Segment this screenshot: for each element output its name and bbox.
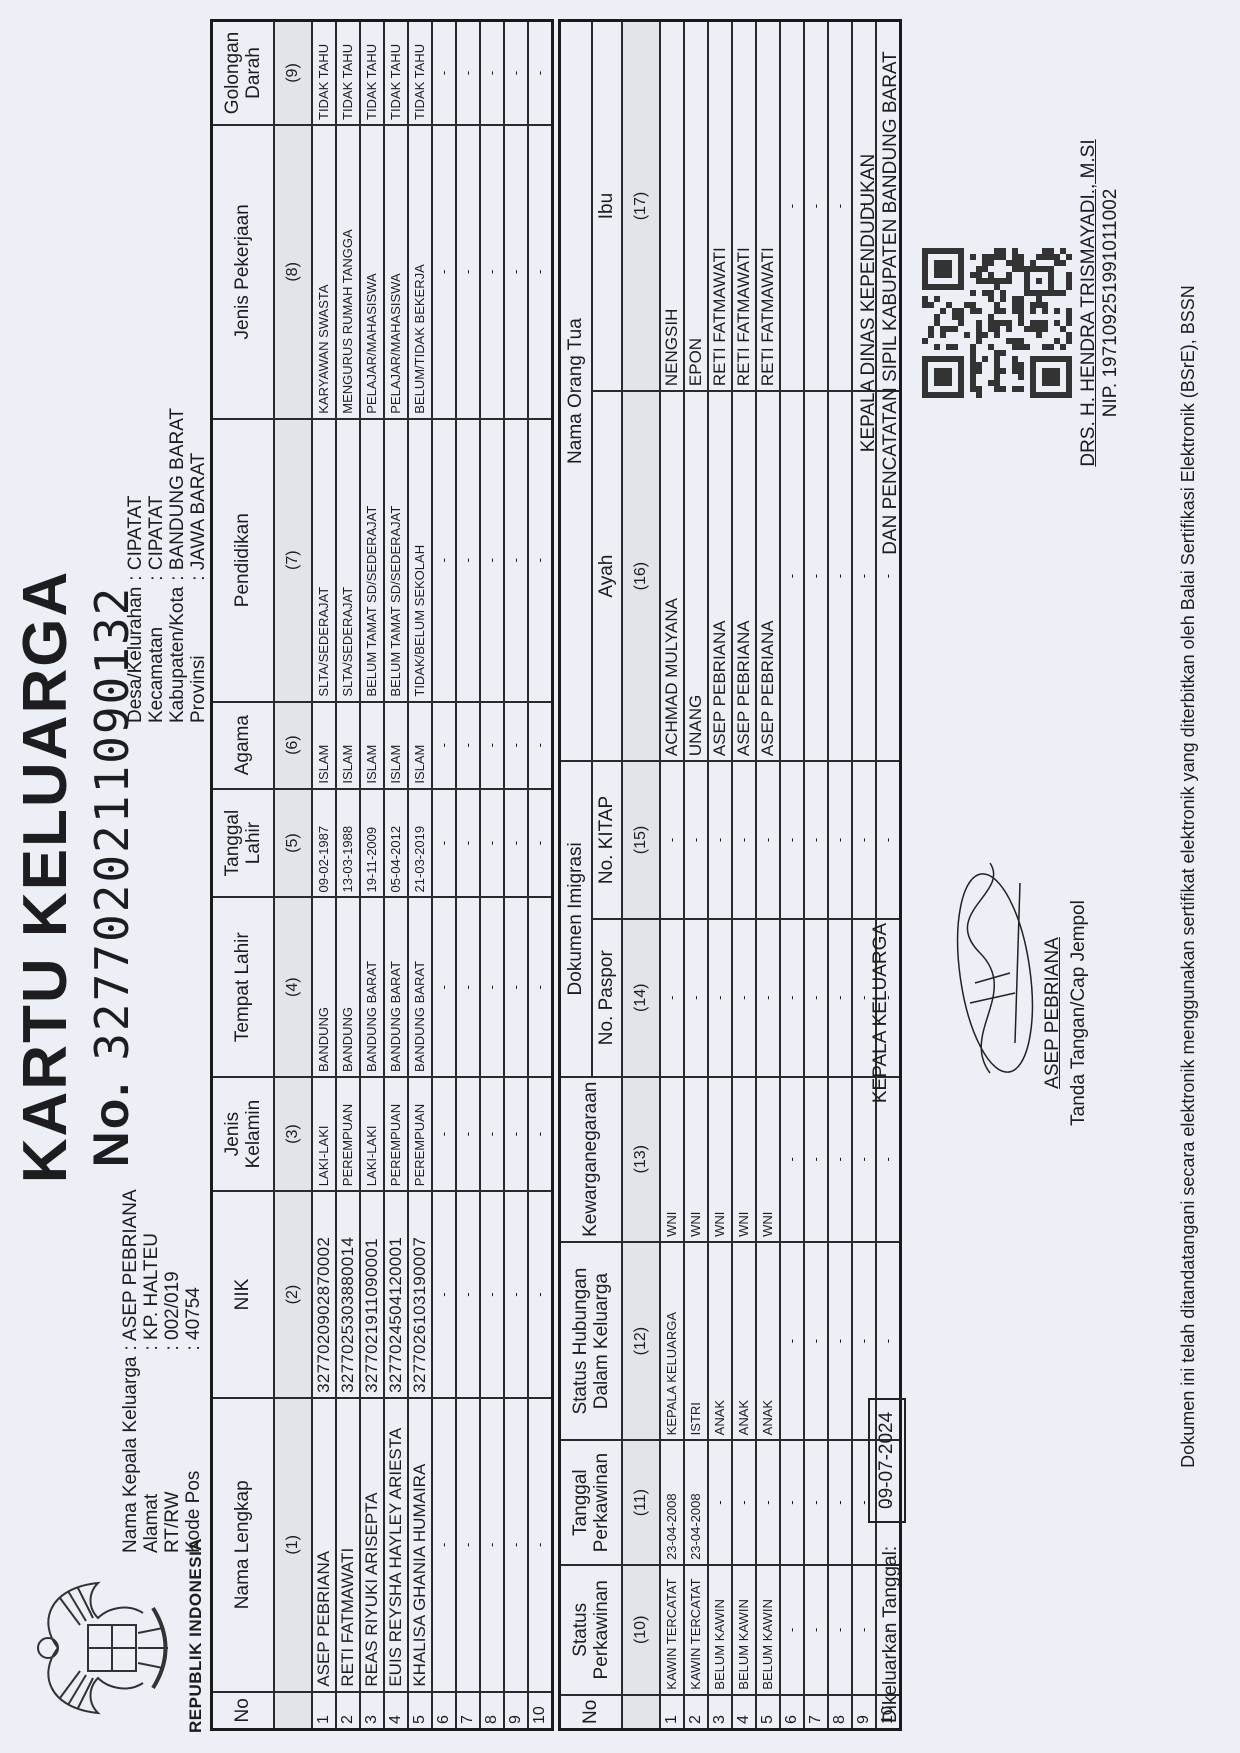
table-cell: RETI FATMAWATI: [732, 21, 756, 392]
table-cell: 23-04-2008: [684, 1440, 708, 1565]
table-cell: PELAJAR/MAHASISWA: [384, 125, 408, 419]
col-header: Golongan Darah: [212, 21, 274, 126]
table-row: 2RETI FATMAWATI3277025303880014PEREMPUAN…: [336, 21, 360, 1730]
field-value: : CIPATAT: [125, 402, 146, 581]
officer-name: DRS. H. HENDRA TRISMAYADI., M.SI: [1078, 43, 1100, 563]
row-number: 9: [504, 1692, 528, 1730]
row-number: 6: [780, 1695, 804, 1730]
table-cell: ASEP PEBRIANA: [708, 391, 732, 761]
table-cell: -: [480, 419, 504, 702]
table-cell: SLTA/SEDERAJAT: [336, 419, 360, 702]
table-cell: -: [456, 702, 480, 789]
table-cell: KAWIN TERCATAT: [660, 1565, 684, 1695]
table-cell: -: [504, 125, 528, 419]
col-number: (14): [622, 919, 660, 1077]
table-cell: EPON: [684, 21, 708, 392]
table-cell: KAWIN TERCATAT: [684, 1565, 708, 1695]
row-number: 5: [756, 1695, 780, 1730]
col-header: Dokumen Imigrasi: [560, 761, 592, 1077]
table-cell: 3277026103190007: [408, 1191, 432, 1398]
table-cell: -: [804, 1565, 828, 1695]
table-row: 3REAS RIYUKI ARISEPTA3277021911090001LAK…: [360, 21, 384, 1730]
table-cell: LAKI-LAKI: [360, 1077, 384, 1191]
table-cell: WNI: [708, 1077, 732, 1242]
col-header: Jenis Pekerjaan: [212, 125, 274, 419]
table-cell: BANDUNG BARAT: [408, 897, 432, 1077]
col-subheader: No. KITAP: [592, 761, 622, 919]
table-cell: PEREMPUAN: [408, 1077, 432, 1191]
col-header: Agama: [212, 702, 274, 789]
table-cell: TIDAK TAHU: [312, 21, 336, 126]
field-label: Kabupaten/Kota: [167, 581, 188, 723]
table-cell: 3277021911090001: [360, 1191, 384, 1398]
table-cell: -: [732, 919, 756, 1077]
table-cell: -: [504, 419, 528, 702]
table-cell: MENGURUS RUMAH TANGGA: [336, 125, 360, 419]
table-cell: -: [780, 761, 804, 919]
household-info-right: Desa/Kelurahan: CIPATAT Kecamatan: CIPAT…: [125, 402, 209, 723]
table-cell: LAKI-LAKI: [312, 1077, 336, 1191]
table-cell: 05-04-2012: [384, 789, 408, 898]
table-cell: -: [780, 1077, 804, 1242]
col-header: NIK: [212, 1191, 274, 1398]
table-cell: BELUM/TIDAK BEKERJA: [408, 125, 432, 419]
col-header: Status Hubungan Dalam Keluarga: [560, 1242, 622, 1440]
field-label: Kode Pos: [183, 1351, 204, 1553]
row-number: 9: [852, 1695, 876, 1730]
table-cell: 3277024504120001: [384, 1191, 408, 1398]
table-cell: -: [756, 1440, 780, 1565]
table-cell: -: [828, 1077, 852, 1242]
table-cell: -: [456, 897, 480, 1077]
table-cell: -: [804, 1440, 828, 1565]
table-cell: BANDUNG BARAT: [384, 897, 408, 1077]
col-subheader: Ayah: [592, 391, 622, 761]
table-row: 9---------: [504, 21, 528, 1730]
col-header: Tanggal Perkawinan: [560, 1440, 622, 1565]
row-number: 2: [336, 1692, 360, 1730]
table-cell: TIDAK TAHU: [408, 21, 432, 126]
col-header: Nama Lengkap: [212, 1398, 274, 1692]
row-number: 3: [708, 1695, 732, 1730]
col-number: (17): [622, 21, 660, 392]
table-cell: BELUM KAWIN: [708, 1565, 732, 1695]
table-cell: -: [456, 1398, 480, 1692]
table-cell: BELUM TAMAT SD/SEDERAJAT: [360, 419, 384, 702]
table-cell: -: [828, 1565, 852, 1695]
table-cell: BANDUNG: [312, 897, 336, 1077]
table-cell: RETI FATMAWATI: [756, 21, 780, 392]
table-cell: -: [708, 919, 732, 1077]
table-cell: KARYAWAN SWASTA: [312, 125, 336, 419]
table-cell: -: [480, 21, 504, 126]
col-number: (6): [274, 702, 312, 789]
table-cell: 3277025303880014: [336, 1191, 360, 1398]
table-row: 7---------: [456, 21, 480, 1730]
table-cell: -: [480, 702, 504, 789]
col-number: (15): [622, 761, 660, 919]
table-cell: ISLAM: [360, 702, 384, 789]
table-cell: ASEP PEBRIANA: [732, 391, 756, 761]
col-number: (10): [622, 1565, 660, 1695]
table-cell: -: [432, 125, 456, 419]
field-value: : CIPATAT: [146, 402, 167, 581]
table-cell: ISLAM: [336, 702, 360, 789]
signature-icon: [920, 853, 1060, 1113]
table-cell: -: [804, 391, 828, 761]
col-header: Tanggal Lahir: [212, 789, 274, 898]
table-cell: -: [528, 125, 553, 419]
table-cell: -: [480, 897, 504, 1077]
table-row: 8---------: [480, 21, 504, 1730]
row-number: 7: [456, 1692, 480, 1730]
field-value: : 002/019: [162, 1183, 183, 1350]
kk-number-prefix: No.: [83, 1081, 139, 1168]
table-cell: 23-04-2008: [660, 1440, 684, 1565]
col-number: (2): [274, 1191, 312, 1398]
table-cell: -: [504, 1398, 528, 1692]
table-cell: 09-02-1987: [312, 789, 336, 898]
table-cell: -: [456, 21, 480, 126]
table-cell: -: [828, 1440, 852, 1565]
col-number: (3): [274, 1077, 312, 1191]
table-cell: -: [480, 125, 504, 419]
table-cell: -: [780, 1440, 804, 1565]
table-cell: ANAK: [756, 1242, 780, 1440]
col-header: Kewarganegaraan: [560, 1077, 622, 1242]
table-cell: TIDAK/BELUM SEKOLAH: [408, 419, 432, 702]
row-number: 8: [828, 1695, 852, 1730]
table-cell: BELUM KAWIN: [756, 1565, 780, 1695]
field-label: Alamat: [141, 1351, 162, 1553]
table-cell: -: [432, 1077, 456, 1191]
col-number: [622, 1695, 660, 1730]
table-row: 1ASEP PEBRIANA3277020902870002LAKI-LAKIB…: [312, 21, 336, 1730]
col-header: No: [212, 1692, 274, 1730]
table-cell: -: [732, 1440, 756, 1565]
document-title: KARTU KELUARGA: [10, 0, 81, 1753]
field-label: Kecamatan: [146, 581, 167, 723]
table-cell: BELUM TAMAT SD/SEDERAJAT: [384, 419, 408, 702]
col-header: Pendidikan: [212, 419, 274, 702]
col-number: (16): [622, 391, 660, 761]
table-cell: PELAJAR/MAHASISWA: [360, 125, 384, 419]
table-cell: -: [456, 125, 480, 419]
table-cell: 13-03-1988: [336, 789, 360, 898]
country-label: REPUBLIK INDONESIA: [186, 1538, 206, 1733]
table-cell: BANDUNG: [336, 897, 360, 1077]
table-cell: EUIS REYSHA HAYLEY ARIESTA: [384, 1398, 408, 1692]
col-number: (4): [274, 897, 312, 1077]
table-cell: -: [528, 789, 553, 898]
issued-date: 09-07-2024: [868, 1398, 906, 1523]
col-number: (7): [274, 419, 312, 702]
table-row: 6--------: [780, 21, 804, 1730]
table-cell: 19-11-2009: [360, 789, 384, 898]
col-number: (8): [274, 125, 312, 419]
table-row: 4BELUM KAWIN-ANAKWNI--ASEP PEBRIANARETI …: [732, 21, 756, 1730]
row-number: 6: [432, 1692, 456, 1730]
table-row: 10---------: [528, 21, 553, 1730]
table-cell: WNI: [660, 1077, 684, 1242]
field-label: Nama Kepala Keluarga: [120, 1351, 141, 1553]
table-cell: TIDAK TAHU: [384, 21, 408, 126]
table-cell: -: [660, 761, 684, 919]
table-cell: -: [504, 1077, 528, 1191]
row-number: 7: [804, 1695, 828, 1730]
table-cell: ISLAM: [312, 702, 336, 789]
table-cell: WNI: [684, 1077, 708, 1242]
table-row: 2KAWIN TERCATAT23-04-2008ISTRIWNI--UNANG…: [684, 21, 708, 1730]
table-cell: -: [828, 919, 852, 1077]
row-number: 8: [480, 1692, 504, 1730]
field-label: Desa/Kelurahan: [125, 581, 146, 723]
row-number: 4: [384, 1692, 408, 1730]
table-row: 5BELUM KAWIN-ANAKWNI--ASEP PEBRIANARETI …: [756, 21, 780, 1730]
table-cell: -: [432, 419, 456, 702]
col-header: No: [560, 1695, 622, 1730]
table-cell: ANAK: [732, 1242, 756, 1440]
table-cell: UNANG: [684, 391, 708, 761]
table-row: 6---------: [432, 21, 456, 1730]
col-number: (11): [622, 1440, 660, 1565]
field-value: : ASEP PEBRIANA: [120, 1183, 141, 1350]
table-cell: -: [456, 1191, 480, 1398]
table-cell: NENGSIH: [660, 21, 684, 392]
col-header: Nama Orang Tua: [560, 21, 592, 762]
table-row: 5KHALISA GHANIA HUMAIRA3277026103190007P…: [408, 21, 432, 1730]
table-cell: -: [528, 1077, 553, 1191]
table-cell: 3277020902870002: [312, 1191, 336, 1398]
field-value: : KP. HALTEU: [141, 1183, 162, 1350]
head-title: KEPALA KELUARGA: [870, 833, 892, 1193]
table-cell: TIDAK TAHU: [336, 21, 360, 126]
table-cell: ASEP PEBRIANA: [312, 1398, 336, 1692]
col-number: (12): [622, 1242, 660, 1440]
table-cell: -: [528, 702, 553, 789]
table-cell: -: [684, 919, 708, 1077]
table-cell: -: [828, 391, 852, 761]
table-cell: -: [780, 1242, 804, 1440]
family-card-document: REPUBLIK INDONESIA KARTU KELUARGA No.327…: [0, 0, 1240, 1753]
table-cell: ASEP PEBRIANA: [756, 391, 780, 761]
table-row: 3BELUM KAWIN-ANAKWNI--ASEP PEBRIANARETI …: [708, 21, 732, 1730]
table-cell: -: [456, 1077, 480, 1191]
table-cell: -: [504, 897, 528, 1077]
table-cell: -: [432, 702, 456, 789]
field-value: : BANDUNG BARAT: [167, 402, 188, 581]
officer-title-2: DAN PENCATATAN SIPIL KABUPATEN BANDUNG B…: [880, 43, 902, 563]
table-cell: -: [480, 1398, 504, 1692]
table-row: 4EUIS REYSHA HAYLEY ARIESTA3277024504120…: [384, 21, 408, 1730]
table-cell: -: [504, 789, 528, 898]
table-cell: WNI: [732, 1077, 756, 1242]
table-cell: -: [660, 919, 684, 1077]
table-cell: -: [504, 702, 528, 789]
head-sign-caption: Tanda Tangan/Cap Jempol: [1068, 833, 1090, 1193]
table-cell: TIDAK TAHU: [360, 21, 384, 126]
table-cell: -: [780, 919, 804, 1077]
table-cell: -: [528, 897, 553, 1077]
table-cell: -: [804, 919, 828, 1077]
row-number: 10: [528, 1692, 553, 1730]
qr-code-icon: [922, 248, 1072, 398]
table-cell: KEPALA KELUARGA: [660, 1242, 684, 1440]
family-status-table: No Status Perkawinan Tanggal Perkawinan …: [558, 19, 902, 1731]
table-cell: BANDUNG BARAT: [360, 897, 384, 1077]
table-cell: -: [432, 1398, 456, 1692]
table-cell: -: [528, 1398, 553, 1692]
table-cell: -: [432, 897, 456, 1077]
table-cell: -: [804, 1077, 828, 1242]
table-cell: -: [528, 419, 553, 702]
table-cell: -: [432, 1191, 456, 1398]
table-row: 8--------: [828, 21, 852, 1730]
col-header: Tempat Lahir: [212, 897, 274, 1077]
table-cell: -: [756, 761, 780, 919]
row-number: 2: [684, 1695, 708, 1730]
table-cell: -: [456, 789, 480, 898]
table-cell: -: [480, 1077, 504, 1191]
table-cell: -: [708, 1440, 732, 1565]
col-number: (9): [274, 21, 312, 126]
table-cell: ACHMAD MULYANA: [660, 391, 684, 761]
table-cell: SLTA/SEDERAJAT: [312, 419, 336, 702]
table-cell: -: [528, 21, 553, 126]
table-cell: RETI FATMAWATI: [708, 21, 732, 392]
table-cell: -: [528, 1191, 553, 1398]
row-number: 5: [408, 1692, 432, 1730]
table-cell: -: [828, 21, 852, 392]
col-number: (13): [622, 1077, 660, 1242]
table-cell: -: [804, 761, 828, 919]
table-cell: REAS RIYUKI ARISEPTA: [360, 1398, 384, 1692]
electronic-signature-disclaimer: Dokumen ini telah ditandatangani secara …: [1178, 0, 1199, 1753]
table-cell: ISLAM: [384, 702, 408, 789]
table-cell: -: [504, 1191, 528, 1398]
table-cell: -: [480, 1191, 504, 1398]
table-cell: PEREMPUAN: [384, 1077, 408, 1191]
row-number: 3: [360, 1692, 384, 1730]
table-row: 1KAWIN TERCATAT23-04-2008KEPALA KELUARGA…: [660, 21, 684, 1730]
table-cell: -: [432, 789, 456, 898]
table-cell: ANAK: [708, 1242, 732, 1440]
officer-title-1: KEPALA DINAS KEPENDUDUKAN: [858, 43, 880, 563]
table-cell: WNI: [756, 1077, 780, 1242]
col-number: [274, 1692, 312, 1730]
field-value: : JAWA BARAT: [188, 402, 209, 581]
table-cell: -: [780, 21, 804, 392]
field-label: Provinsi: [188, 581, 209, 723]
table-cell: -: [480, 789, 504, 898]
table-cell: -: [456, 419, 480, 702]
table-cell: -: [684, 761, 708, 919]
table-cell: -: [804, 21, 828, 392]
table-cell: KHALISA GHANIA HUMAIRA: [408, 1398, 432, 1692]
table-cell: -: [756, 919, 780, 1077]
table-cell: BELUM KAWIN: [732, 1565, 756, 1695]
table-cell: -: [780, 391, 804, 761]
table-cell: ISLAM: [408, 702, 432, 789]
table-cell: -: [708, 761, 732, 919]
officer-nip: NIP. 197109251991011002: [1100, 43, 1122, 563]
row-number: 4: [732, 1695, 756, 1730]
table-cell: 21-03-2019: [408, 789, 432, 898]
table-cell: -: [780, 1565, 804, 1695]
col-number: (5): [274, 789, 312, 898]
field-label: RT/RW: [162, 1351, 183, 1553]
col-subheader: No. Paspor: [592, 919, 622, 1077]
table-cell: PEREMPUAN: [336, 1077, 360, 1191]
table-cell: -: [852, 1565, 876, 1695]
table-cell: -: [804, 1242, 828, 1440]
household-info-left: Nama Kepala Keluarga: ASEP PEBRIANA Alam…: [120, 1183, 204, 1553]
issued-label: Dikeluarkan Tanggal:: [880, 1546, 902, 1723]
table-cell: -: [828, 1242, 852, 1440]
col-subheader: Ibu: [592, 21, 622, 392]
table-cell: RETI FATMAWATI: [336, 1398, 360, 1692]
row-number: 1: [312, 1692, 336, 1730]
table-cell: -: [828, 761, 852, 919]
table-cell: -: [432, 21, 456, 126]
members-table: No Nama Lengkap NIK Jenis Kelamin Tempat…: [210, 19, 554, 1731]
col-header: Status Perkawinan: [560, 1565, 622, 1695]
table-cell: -: [504, 21, 528, 126]
table-cell: ISTRI: [684, 1242, 708, 1440]
field-value: : 40754: [183, 1183, 204, 1350]
col-header: Jenis Kelamin: [212, 1077, 274, 1191]
col-number: (1): [274, 1398, 312, 1692]
row-number: 1: [660, 1695, 684, 1730]
table-cell: -: [732, 761, 756, 919]
table-row: 7--------: [804, 21, 828, 1730]
